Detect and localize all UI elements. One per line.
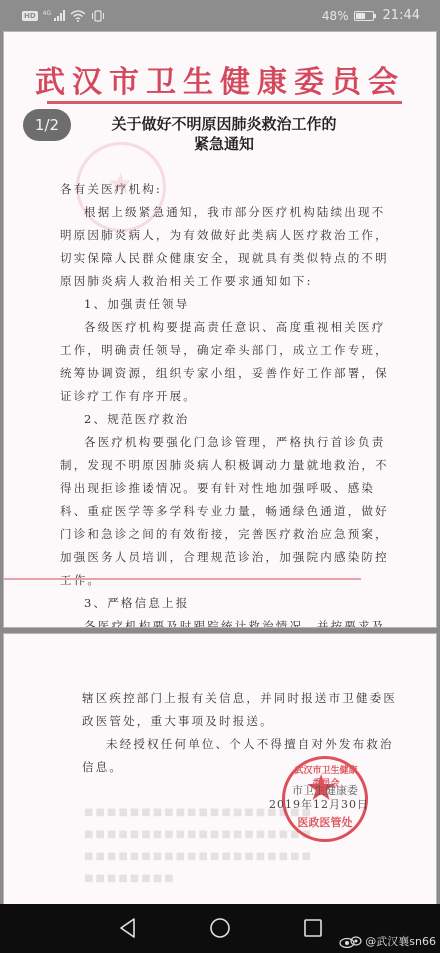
vibrate-icon <box>91 10 105 22</box>
status-right: 48% 21:44 <box>322 8 420 23</box>
recents-button[interactable] <box>299 914 327 942</box>
watermark-text: @武汉襄sn66 <box>365 933 436 949</box>
weibo-watermark: @武汉襄sn66 <box>339 933 436 949</box>
masthead: 武汉市卫生健康委员会 <box>4 57 436 101</box>
cellular-signal-icon <box>54 10 65 21</box>
back-button[interactable] <box>114 914 142 942</box>
document-page-1[interactable]: 武汉市卫生健康委员会 1/2 关于做好不明原因肺炎救治工作的 紧急通知 各有关医… <box>3 31 437 628</box>
section-1-heading: 1、加强责任领导 <box>60 293 390 316</box>
section-2-body: 各医疗机构要强化门急诊管理，严格执行首诊负责制，发现不明原因肺炎病人积极调动力量… <box>60 431 390 592</box>
status-bar: HD 4G 48% 21:44 <box>0 0 440 31</box>
section-1-body: 各级医疗机构要提高责任意识、高度重视相关医疗工作，明确责任领导，确定牵头部门，成… <box>60 316 390 408</box>
seal-bottom-text: 医政医管处 <box>285 814 365 830</box>
title-line-1: 关于做好不明原因肺炎救治工作的 <box>64 114 384 134</box>
masthead-divider <box>47 101 402 104</box>
navigation-bar: @武汉襄sn66 <box>0 904 440 953</box>
weibo-logo-icon <box>339 934 363 948</box>
battery-icon <box>354 11 374 21</box>
document-body: 各有关医疗机构: 根据上级紧急通知，我市部分医疗机构陆续出现不明原因肺炎病人，为… <box>60 178 390 628</box>
status-left: HD 4G <box>22 10 105 22</box>
hd-icon: HD <box>22 11 38 21</box>
network-type-label: 4G <box>43 10 51 17</box>
clock: 21:44 <box>383 8 420 23</box>
salutation: 各有关医疗机构: <box>60 178 390 201</box>
recents-square-icon <box>303 918 323 938</box>
page-indicator: 1/2 <box>23 109 71 141</box>
section-3-body-part1: 各医疗机构要及时跟踪统计救治情况，并按要求及时向 <box>60 615 390 628</box>
back-triangle-icon <box>118 917 138 939</box>
page-bottom-rule <box>4 578 361 580</box>
section-3-body-part2: 辖区疾控部门上报有关信息，并同时报送市卫健委医政医管处，重大事项及时报送。 <box>82 687 402 733</box>
home-button[interactable] <box>206 914 234 942</box>
wifi-icon <box>70 10 86 22</box>
battery-percent: 48% <box>322 9 349 23</box>
home-circle-icon <box>209 917 231 939</box>
document-page-2[interactable]: 辖区疾控部门上报有关信息，并同时报送市卫健委医政医管处，重大事项及时报送。 未经… <box>3 633 437 906</box>
section-3-heading: 3、严格信息上报 <box>60 592 390 615</box>
intro-paragraph: 根据上级紧急通知，我市部分医疗机构陆续出现不明原因肺炎病人，为有效做好此类病人医… <box>60 201 390 293</box>
section-2-heading: 2、规范医疗救治 <box>60 408 390 431</box>
signature-date: 2019年12月30日 <box>269 796 369 812</box>
